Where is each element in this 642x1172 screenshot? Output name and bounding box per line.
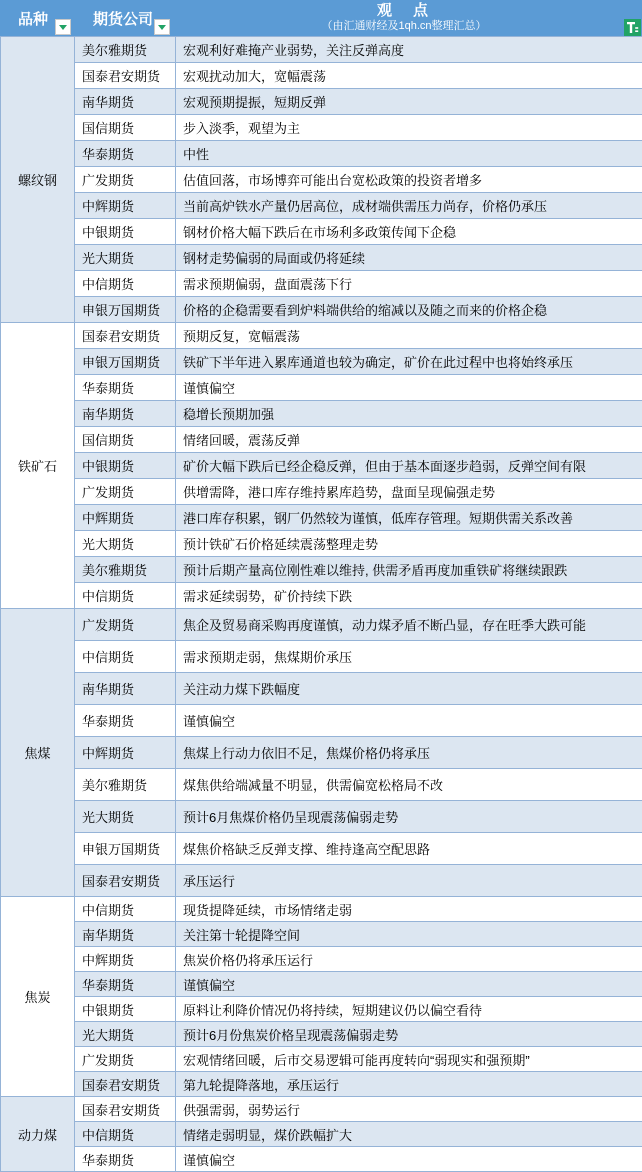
table-row: 中银期货矿价大幅下跌后已经企稳反弹，但由于基本面逐步趋弱，反弹空间有限: [1, 453, 642, 479]
chevron-down-icon: [158, 25, 166, 30]
table-row: 申银万国期货价格的企稳需要看到炉料端供给的缩减以及随之而来的价格企稳: [1, 297, 642, 323]
table-row: 焦煤广发期货焦企及贸易商采购再度谨慎，动力煤矛盾不断凸显，存在旺季大跌可能: [1, 609, 642, 641]
table-row: 中银期货原料让利降价情况仍将持续，短期建议仍以偏空看待: [1, 997, 642, 1022]
company-cell[interactable]: 光大期货: [75, 245, 176, 271]
viewpoint-cell[interactable]: 谨慎偏空: [176, 375, 642, 401]
company-cell[interactable]: 中辉期货: [75, 505, 176, 531]
table-row: 广发期货宏观情绪回暖，后市交易逻辑可能再度转向“弱现实和强预期”: [1, 1047, 642, 1072]
viewpoint-cell[interactable]: 第九轮提降落地，承压运行: [176, 1072, 642, 1097]
table-row: 广发期货估值回落，市场博弈可能出台宽松政策的投资者增多: [1, 167, 642, 193]
table-row: 美尔雅期货煤焦供给端减量不明显，供需偏宽松格局不改: [1, 769, 642, 801]
table-row: 螺纹钢美尔雅期货宏观利好难掩产业弱势，关注反弹高度: [1, 37, 642, 63]
viewpoint-cell[interactable]: 港口库存积累，钢厂仍然较为谨慎，低库存管理。短期供需关系改善: [176, 505, 642, 531]
table-row: 中信期货情绪走弱明显，煤价跌幅扩大: [1, 1122, 642, 1147]
table-row: 中信期货需求延续弱势，矿价持续下跌: [1, 583, 642, 609]
table-row: 中辉期货港口库存积累，钢厂仍然较为谨慎，低库存管理。短期供需关系改善: [1, 505, 642, 531]
variety-column-header: 品种: [18, 8, 48, 29]
viewpoint-cell[interactable]: 焦企及贸易商采购再度谨慎，动力煤矛盾不断凸显，存在旺季大跌可能: [176, 609, 642, 641]
company-cell[interactable]: 申银万国期货: [75, 833, 176, 865]
table-row: 华泰期货谨慎偏空: [1, 705, 642, 737]
company-cell[interactable]: 广发期货: [75, 167, 176, 193]
company-cell[interactable]: 南华期货: [75, 673, 176, 705]
spreadsheet: 品种 期货公司 观 点 （由汇通财经及1qh.cn整理汇总） 螺纹钢美尔雅期货宏…: [0, 0, 642, 1172]
company-cell[interactable]: 光大期货: [75, 801, 176, 833]
viewpoint-cell[interactable]: 需求预期偏弱，盘面震荡下行: [176, 271, 642, 297]
funnel-glyph: [626, 21, 639, 34]
table-row: 华泰期货谨慎偏空: [1, 375, 642, 401]
company-cell[interactable]: 华泰期货: [75, 141, 176, 167]
table-row: 广发期货供增需降，港口库存维持累库趋势，盘面呈现偏强走势: [1, 479, 642, 505]
viewpoint-cell[interactable]: 情绪回暖，震荡反弹: [176, 427, 642, 453]
table-row: 国泰君安期货第九轮提降落地，承压运行: [1, 1072, 642, 1097]
company-cell[interactable]: 国泰君安期货: [75, 865, 176, 897]
viewpoint-cell[interactable]: 预期反复，宽幅震荡: [176, 323, 642, 349]
viewpoint-cell[interactable]: 宏观扰动加大，宽幅震荡: [176, 63, 642, 89]
opinion-table: 螺纹钢美尔雅期货宏观利好难掩产业弱势，关注反弹高度国泰君安期货宏观扰动加大，宽幅…: [0, 36, 642, 1172]
viewpoint-cell[interactable]: 情绪走弱明显，煤价跌幅扩大: [176, 1122, 642, 1147]
company-filter-button[interactable]: [154, 19, 170, 35]
viewpoint-cell[interactable]: 预计6月份焦炭价格呈现震荡偏弱走势: [176, 1022, 642, 1047]
table-row: 国信期货情绪回暖，震荡反弹: [1, 427, 642, 453]
table-row: 国泰君安期货宏观扰动加大，宽幅震荡: [1, 63, 642, 89]
company-cell[interactable]: 国泰君安期货: [75, 1097, 176, 1122]
viewpoint-column-header: 观 点 （由汇通财经及1qh.cn整理汇总）: [174, 2, 634, 33]
company-cell[interactable]: 中信期货: [75, 641, 176, 673]
viewpoint-cell[interactable]: 宏观情绪回暖，后市交易逻辑可能再度转向“弱现实和强预期”: [176, 1047, 642, 1072]
viewpoint-cell[interactable]: 矿价大幅下跌后已经企稳反弹，但由于基本面逐步趋弱，反弹空间有限: [176, 453, 642, 479]
viewpoint-cell[interactable]: 宏观预期提振，短期反弹: [176, 89, 642, 115]
table-row: 中信期货需求预期走弱，焦煤期价承压: [1, 641, 642, 673]
viewpoint-cell[interactable]: 现货提降延续，市场情绪走弱: [176, 897, 642, 922]
table-row: 焦炭中信期货现货提降延续，市场情绪走弱: [1, 897, 642, 922]
company-cell[interactable]: 美尔雅期货: [75, 37, 176, 63]
variety-cell[interactable]: 铁矿石: [1, 323, 75, 609]
viewpoint-cell[interactable]: 供增需降，港口库存维持累库趋势，盘面呈现偏强走势: [176, 479, 642, 505]
variety-cell[interactable]: 焦炭: [1, 897, 75, 1097]
table-row: 华泰期货谨慎偏空: [1, 1147, 642, 1172]
viewpoint-cell[interactable]: 焦煤上行动力依旧不足，焦煤价格仍将承压: [176, 737, 642, 769]
company-cell[interactable]: 国泰君安期货: [75, 1072, 176, 1097]
company-cell[interactable]: 中信期货: [75, 583, 176, 609]
company-cell[interactable]: 国信期货: [75, 427, 176, 453]
viewpoint-cell[interactable]: 宏观利好难掩产业弱势，关注反弹高度: [176, 37, 642, 63]
company-cell[interactable]: 华泰期货: [75, 972, 176, 997]
table-row: 南华期货稳增长预期加强: [1, 401, 642, 427]
company-cell[interactable]: 光大期货: [75, 1022, 176, 1047]
viewpoint-cell[interactable]: 估值回落，市场博弈可能出台宽松政策的投资者增多: [176, 167, 642, 193]
viewpoint-cell[interactable]: 预计铁矿石价格延续震荡整理走势: [176, 531, 642, 557]
table-row: 中辉期货焦炭价格仍将承压运行: [1, 947, 642, 972]
company-cell[interactable]: 美尔雅期货: [75, 769, 176, 801]
company-cell[interactable]: 南华期货: [75, 89, 176, 115]
variety-cell[interactable]: 焦煤: [1, 609, 75, 897]
viewpoint-cell[interactable]: 煤焦价格缺乏反弹支撑、维持逢高空配思路: [176, 833, 642, 865]
company-cell[interactable]: 华泰期货: [75, 705, 176, 737]
chevron-down-icon: [59, 25, 67, 30]
company-cell[interactable]: 国信期货: [75, 115, 176, 141]
company-cell[interactable]: 中信期货: [75, 1122, 176, 1147]
viewpoint-cell[interactable]: 关注动力煤下跌幅度: [176, 673, 642, 705]
table-row: 南华期货关注动力煤下跌幅度: [1, 673, 642, 705]
company-cell[interactable]: 申银万国期货: [75, 349, 176, 375]
table-row: 国泰君安期货承压运行: [1, 865, 642, 897]
table-header: 品种 期货公司 观 点 （由汇通财经及1qh.cn整理汇总）: [0, 0, 642, 36]
company-cell[interactable]: 国泰君安期货: [75, 63, 176, 89]
variety-filter-button[interactable]: [55, 19, 71, 35]
viewpoint-cell[interactable]: 焦炭价格仍将承压运行: [176, 947, 642, 972]
viewpoint-cell[interactable]: 步入淡季，观望为主: [176, 115, 642, 141]
viewpoint-cell[interactable]: 谨慎偏空: [176, 1147, 642, 1172]
viewpoint-cell[interactable]: 预计6月焦煤价格仍呈现震荡偏弱走势: [176, 801, 642, 833]
viewpoint-cell[interactable]: 谨慎偏空: [176, 705, 642, 737]
table-row: 中辉期货焦煤上行动力依旧不足，焦煤价格仍将承压: [1, 737, 642, 769]
table-row: 铁矿石国泰君安期货预期反复，宽幅震荡: [1, 323, 642, 349]
viewpoint-cell[interactable]: 关注第十轮提降空间: [176, 922, 642, 947]
company-cell[interactable]: 中辉期货: [75, 193, 176, 219]
viewpoint-cell[interactable]: 供强需弱，弱势运行: [176, 1097, 642, 1122]
viewpoint-cell[interactable]: 钢材走势偏弱的局面或仍将延续: [176, 245, 642, 271]
viewpoint-cell[interactable]: 铁矿下半年进入累库通道也较为确定，矿价在此过程中也将始终承压: [176, 349, 642, 375]
viewpoint-cell[interactable]: 价格的企稳需要看到炉料端供给的缩减以及随之而来的价格企稳: [176, 297, 642, 323]
company-cell[interactable]: 华泰期货: [75, 1147, 176, 1172]
autofilter-funnel-icon[interactable]: [624, 19, 641, 36]
table-row: 光大期货钢材走势偏弱的局面或仍将延续: [1, 245, 642, 271]
table-row: 动力煤国泰君安期货供强需弱，弱势运行: [1, 1097, 642, 1122]
company-cell[interactable]: 国泰君安期货: [75, 323, 176, 349]
company-cell[interactable]: 中辉期货: [75, 737, 176, 769]
table-row: 南华期货关注第十轮提降空间: [1, 922, 642, 947]
table-row: 中银期货钢材价格大幅下跌后在市场利多政策传闻下企稳: [1, 219, 642, 245]
company-cell[interactable]: 申银万国期货: [75, 297, 176, 323]
viewpoint-cell[interactable]: 预计后期产量高位刚性难以维持, 供需矛盾再度加重铁矿将继续跟跌: [176, 557, 642, 583]
table-row: 光大期货预计6月份焦炭价格呈现震荡偏弱走势: [1, 1022, 642, 1047]
table-row: 光大期货预计6月焦煤价格仍呈现震荡偏弱走势: [1, 801, 642, 833]
company-cell[interactable]: 广发期货: [75, 609, 176, 641]
table-row: 美尔雅期货预计后期产量高位刚性难以维持, 供需矛盾再度加重铁矿将继续跟跌: [1, 557, 642, 583]
company-cell[interactable]: 中银期货: [75, 453, 176, 479]
company-cell[interactable]: 中辉期货: [75, 947, 176, 972]
viewpoint-subtitle: （由汇通财经及1qh.cn整理汇总）: [174, 20, 634, 33]
table-row: 中信期货需求预期偏弱，盘面震荡下行: [1, 271, 642, 297]
company-cell[interactable]: 广发期货: [75, 479, 176, 505]
opinion-table-body: 螺纹钢美尔雅期货宏观利好难掩产业弱势，关注反弹高度国泰君安期货宏观扰动加大，宽幅…: [1, 37, 642, 1172]
table-row: 华泰期货谨慎偏空: [1, 972, 642, 997]
viewpoint-cell[interactable]: 承压运行: [176, 865, 642, 897]
company-cell[interactable]: 中银期货: [75, 219, 176, 245]
viewpoint-cell[interactable]: 钢材价格大幅下跌后在市场利多政策传闻下企稳: [176, 219, 642, 245]
table-row: 申银万国期货煤焦价格缺乏反弹支撑、维持逢高空配思路: [1, 833, 642, 865]
company-cell[interactable]: 中信期货: [75, 271, 176, 297]
viewpoint-cell[interactable]: 需求延续弱势，矿价持续下跌: [176, 583, 642, 609]
viewpoint-cell[interactable]: 谨慎偏空: [176, 972, 642, 997]
company-cell[interactable]: 华泰期货: [75, 375, 176, 401]
viewpoint-cell[interactable]: 中性: [176, 141, 642, 167]
company-cell[interactable]: 美尔雅期货: [75, 557, 176, 583]
viewpoint-cell[interactable]: 原料让利降价情况仍将持续，短期建议仍以偏空看待: [176, 997, 642, 1022]
table-row: 光大期货预计铁矿石价格延续震荡整理走势: [1, 531, 642, 557]
company-cell[interactable]: 广发期货: [75, 1047, 176, 1072]
company-cell[interactable]: 光大期货: [75, 531, 176, 557]
viewpoint-cell[interactable]: 需求预期走弱，焦煤期价承压: [176, 641, 642, 673]
company-cell[interactable]: 南华期货: [75, 401, 176, 427]
company-cell[interactable]: 中信期货: [75, 897, 176, 922]
company-cell[interactable]: 南华期货: [75, 922, 176, 947]
company-cell[interactable]: 中银期货: [75, 997, 176, 1022]
table-row: 国信期货步入淡季，观望为主: [1, 115, 642, 141]
variety-cell[interactable]: 螺纹钢: [1, 37, 75, 323]
table-row: 华泰期货中性: [1, 141, 642, 167]
viewpoint-cell[interactable]: 当前高炉铁水产量仍居高位，成材端供需压力尚存，价格仍承压: [176, 193, 642, 219]
variety-cell[interactable]: 动力煤: [1, 1097, 75, 1172]
viewpoint-cell[interactable]: 煤焦供给端减量不明显，供需偏宽松格局不改: [176, 769, 642, 801]
table-row: 南华期货宏观预期提振，短期反弹: [1, 89, 642, 115]
table-row: 申银万国期货铁矿下半年进入累库通道也较为确定，矿价在此过程中也将始终承压: [1, 349, 642, 375]
company-column-header: 期货公司: [93, 8, 153, 29]
table-row: 中辉期货当前高炉铁水产量仍居高位，成材端供需压力尚存，价格仍承压: [1, 193, 642, 219]
viewpoint-cell[interactable]: 稳增长预期加强: [176, 401, 642, 427]
viewpoint-title: 观 点: [174, 2, 634, 20]
